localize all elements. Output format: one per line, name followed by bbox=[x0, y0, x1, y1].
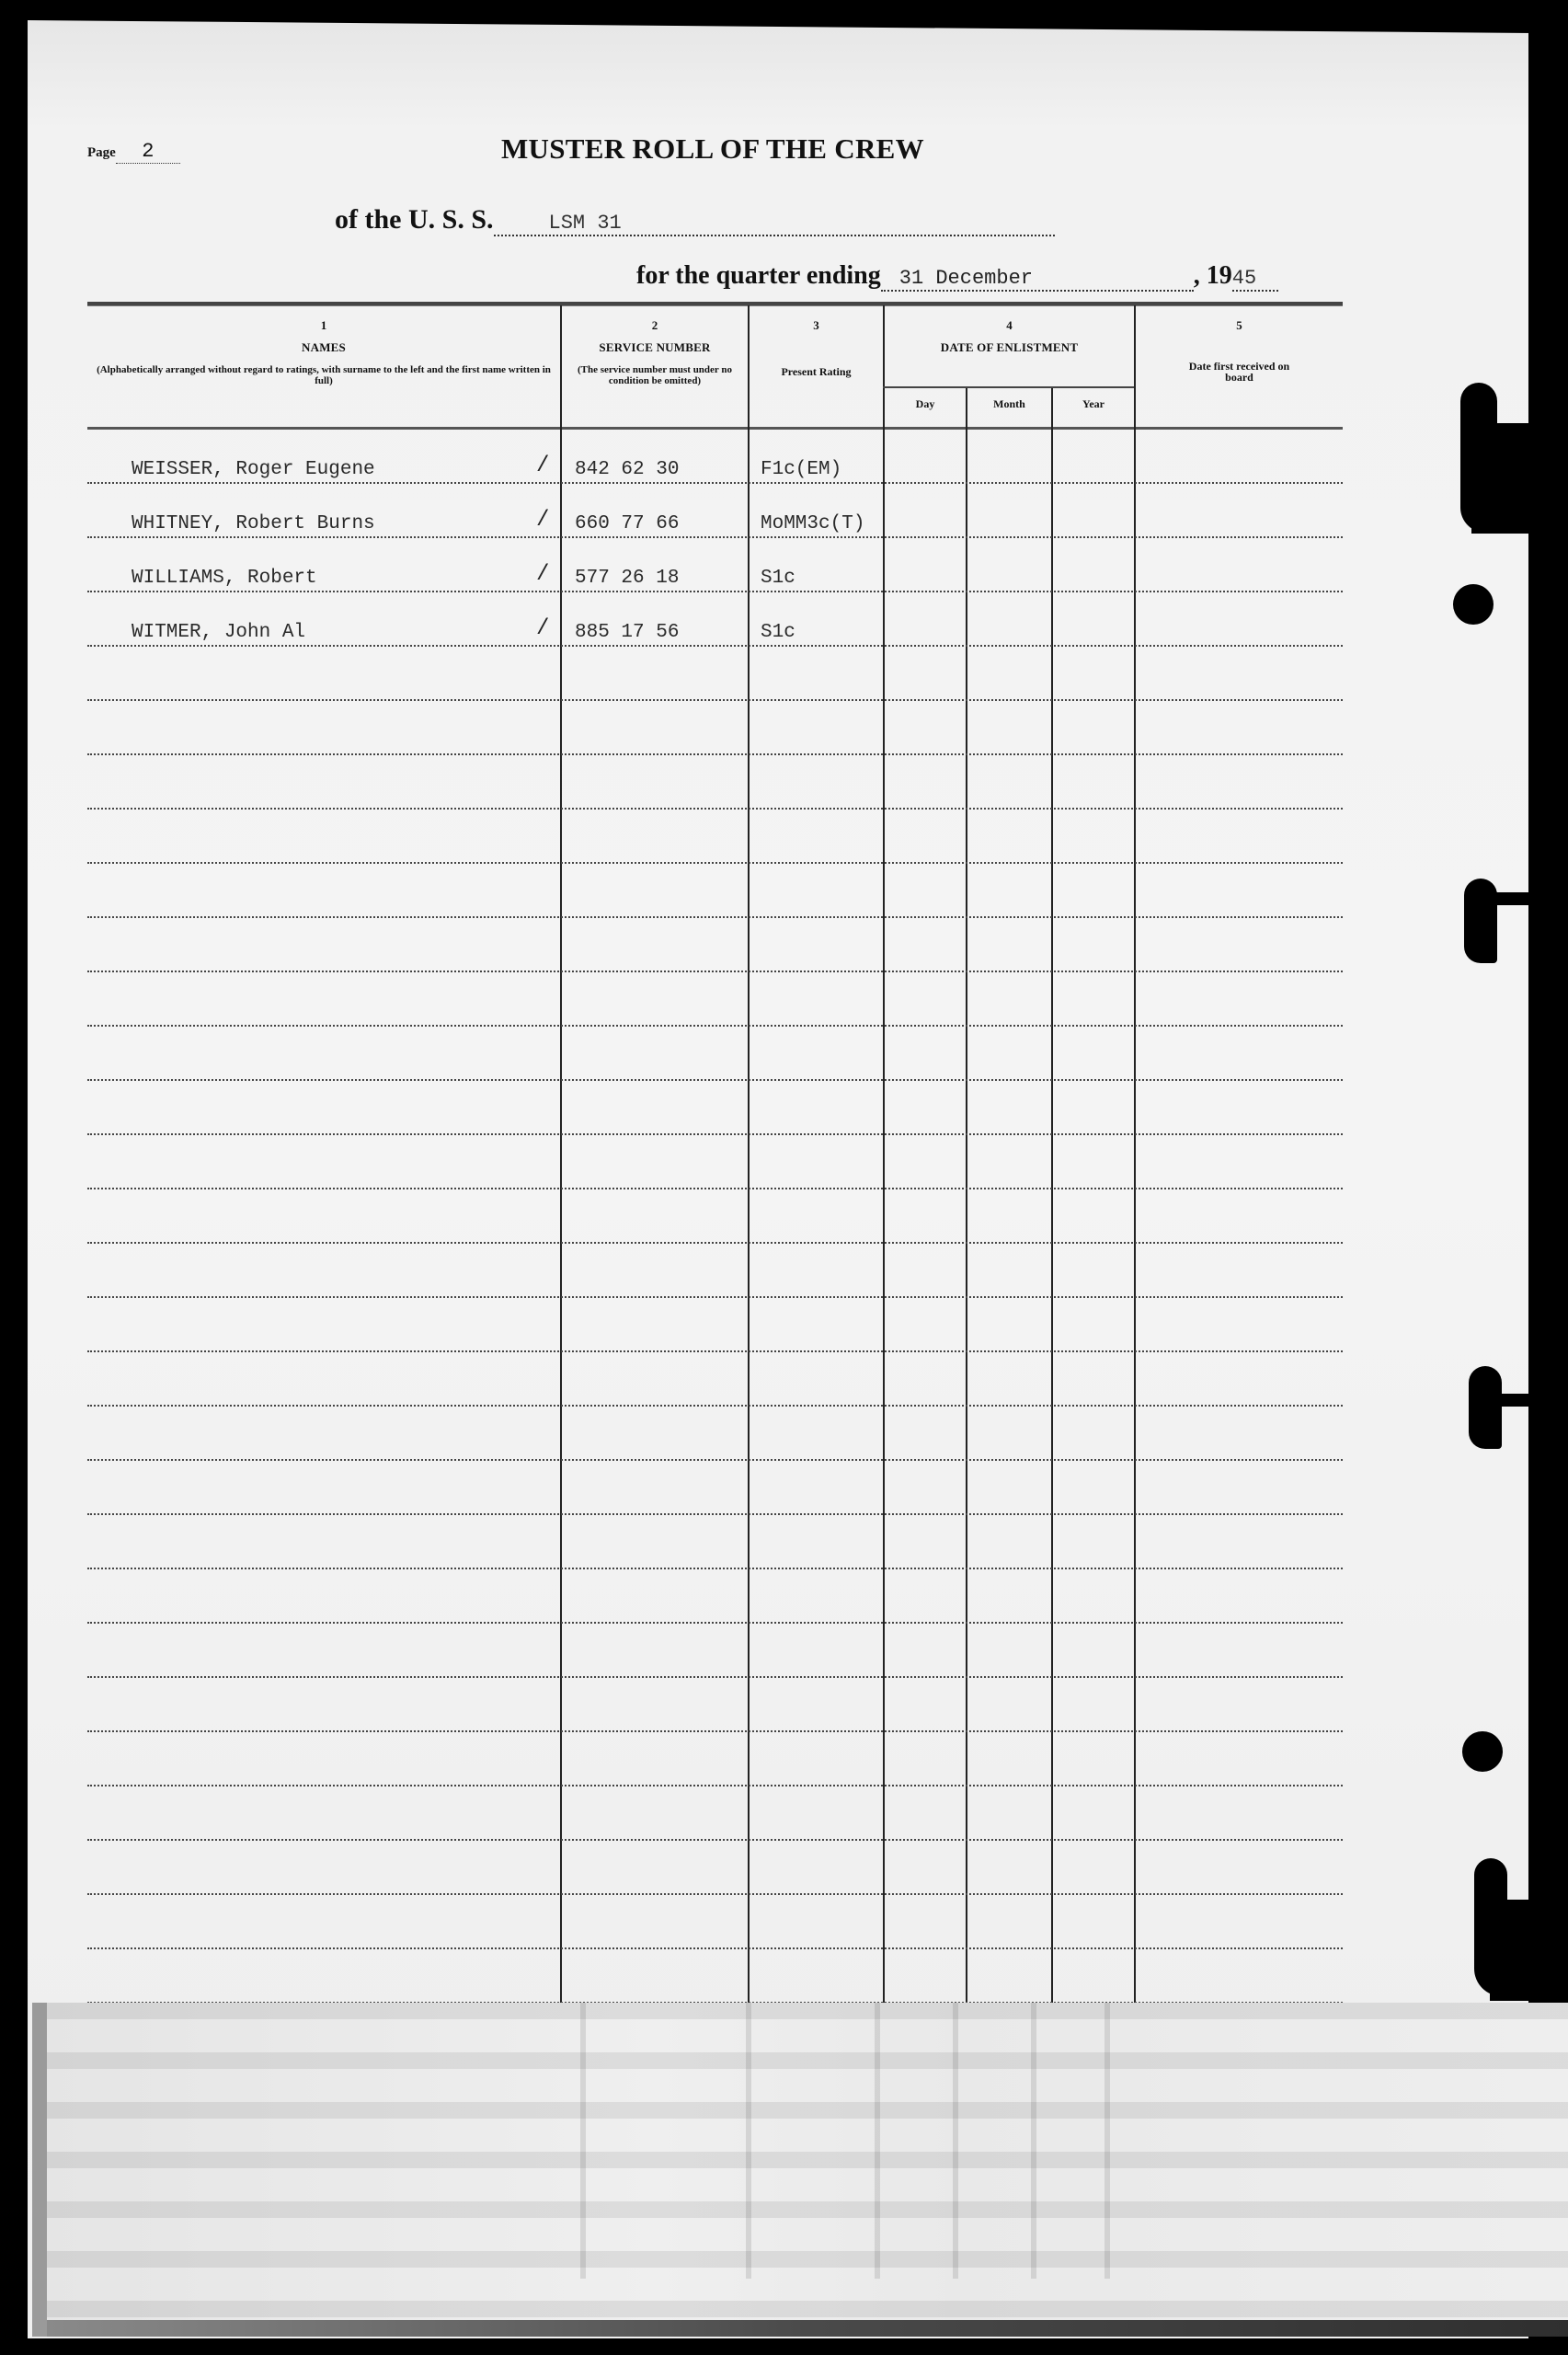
table-row bbox=[87, 701, 1343, 755]
table-row: WITMER, John Al/885 17 56S1c bbox=[87, 592, 1343, 647]
blurred-divider bbox=[875, 2003, 880, 2279]
binder-tab bbox=[1494, 1394, 1540, 1407]
crew-name: WILLIAMS, Robert bbox=[132, 568, 317, 589]
column-label: Present Rating bbox=[750, 366, 883, 377]
table-row bbox=[87, 1244, 1343, 1298]
table-row bbox=[87, 1298, 1343, 1352]
present-rating: MoMM3c(T) bbox=[761, 513, 864, 534]
ship-field: of the U. S. S.LSM 31 bbox=[335, 204, 1055, 236]
blurred-divider bbox=[1031, 2003, 1036, 2279]
column-note: (The service number must under no condit… bbox=[562, 364, 748, 386]
muster-table: 1 NAMES (Alphabetically arranged without… bbox=[87, 302, 1343, 2013]
subheader-month: Month bbox=[967, 397, 1051, 411]
table-row bbox=[87, 810, 1343, 864]
document-title: MUSTER ROLL OF THE CREW bbox=[501, 132, 924, 166]
page-label: Page bbox=[87, 145, 116, 160]
table-row bbox=[87, 1515, 1343, 1569]
blurred-divider bbox=[580, 2003, 586, 2279]
blurred-divider bbox=[953, 2003, 958, 2279]
column-number: 5 bbox=[1136, 318, 1343, 333]
service-number: 577 26 18 bbox=[575, 568, 679, 589]
table-row: WHITNEY, Robert Burns/660 77 66MoMM3c(T) bbox=[87, 484, 1343, 538]
present-rating: F1c(EM) bbox=[761, 459, 841, 480]
subheader-year: Year bbox=[1053, 397, 1134, 411]
column-number: 2 bbox=[562, 318, 748, 333]
column-note: (Alphabetically arranged without regard … bbox=[87, 364, 560, 386]
subheader-day: Day bbox=[885, 397, 966, 411]
quarter-field: for the quarter ending31 December, 1945 bbox=[636, 261, 1278, 292]
quarter-label: for the quarter ending bbox=[636, 261, 881, 290]
table-row bbox=[87, 1895, 1343, 1949]
table-row bbox=[87, 755, 1343, 810]
table-row bbox=[87, 1189, 1343, 1244]
table-row bbox=[87, 918, 1343, 972]
column-label: SERVICE NUMBER bbox=[562, 340, 748, 355]
column-header-rating: 3 Present Rating bbox=[750, 318, 883, 377]
page-number-field: Page2 bbox=[87, 140, 180, 164]
table-row bbox=[87, 1135, 1343, 1189]
crew-name: WITMER, John Al bbox=[132, 622, 305, 643]
column-number: 4 bbox=[885, 318, 1134, 333]
table-row bbox=[87, 1678, 1343, 1732]
table-row bbox=[87, 1081, 1343, 1135]
scan-edge bbox=[1537, 0, 1568, 2355]
column-number: 1 bbox=[87, 318, 560, 333]
table-row bbox=[87, 1407, 1343, 1461]
quarter-date: 31 December bbox=[881, 267, 1194, 292]
table-row bbox=[87, 1841, 1343, 1895]
table-row bbox=[87, 1624, 1343, 1678]
present-rating: S1c bbox=[761, 622, 795, 643]
redacted-region bbox=[32, 2003, 1568, 2337]
table-row bbox=[87, 647, 1343, 701]
binder-tab bbox=[1490, 892, 1536, 905]
table-row: WILLIAMS, Robert/577 26 18S1c bbox=[87, 538, 1343, 592]
table-row bbox=[87, 864, 1343, 918]
blurred-divider bbox=[746, 2003, 751, 2279]
table-top-rule bbox=[87, 302, 1343, 306]
binder-tab bbox=[1469, 1366, 1502, 1449]
service-number: 660 77 66 bbox=[575, 513, 679, 534]
table-row bbox=[87, 1027, 1343, 1081]
column-number: 3 bbox=[750, 318, 883, 333]
check-mark: / bbox=[536, 616, 549, 641]
binder-hole bbox=[1462, 1731, 1503, 1772]
year-prefix: , 19 bbox=[1194, 261, 1232, 290]
page-number: 2 bbox=[116, 140, 180, 164]
column-label: DATE OF ENLISTMENT bbox=[885, 340, 1134, 355]
binder-tab bbox=[1490, 1900, 1536, 2001]
check-mark: / bbox=[536, 454, 549, 478]
column-header-enlistment: 4 DATE OF ENLISTMENT bbox=[885, 318, 1134, 355]
table-row bbox=[87, 1732, 1343, 1786]
blurred-footer-band bbox=[47, 2320, 1568, 2337]
column-label: Date first received on board bbox=[1136, 361, 1343, 383]
table-row bbox=[87, 1352, 1343, 1407]
binder-tab bbox=[1464, 879, 1497, 963]
crew-name: WEISSER, Roger Eugene bbox=[132, 459, 375, 480]
ship-label: of the U. S. S. bbox=[335, 204, 494, 235]
enlistment-subrule bbox=[883, 386, 1134, 388]
service-number: 885 17 56 bbox=[575, 622, 679, 643]
blurred-divider bbox=[1104, 2003, 1110, 2279]
table-row bbox=[87, 1786, 1343, 1841]
column-header-service-number: 2 SERVICE NUMBER (The service number mus… bbox=[562, 318, 748, 386]
column-header-received: 5 Date first received on board bbox=[1136, 318, 1343, 383]
year-suffix: 45 bbox=[1232, 267, 1278, 292]
ship-name: LSM 31 bbox=[494, 212, 1055, 236]
table-row: WEISSER, Roger Eugene/842 62 30F1c(EM) bbox=[87, 430, 1343, 484]
table-row bbox=[87, 1949, 1343, 2004]
table-row bbox=[87, 1569, 1343, 1624]
table-row bbox=[87, 1461, 1343, 1515]
column-label: NAMES bbox=[87, 340, 560, 355]
crew-name: WHITNEY, Robert Burns bbox=[132, 513, 375, 534]
present-rating: S1c bbox=[761, 568, 795, 589]
check-mark: / bbox=[536, 562, 549, 587]
table-row bbox=[87, 972, 1343, 1027]
column-header-names: 1 NAMES (Alphabetically arranged without… bbox=[87, 318, 560, 386]
binder-hole bbox=[1453, 584, 1494, 625]
binder-tab bbox=[1471, 423, 1536, 534]
service-number: 842 62 30 bbox=[575, 459, 679, 480]
check-mark: / bbox=[536, 508, 549, 533]
